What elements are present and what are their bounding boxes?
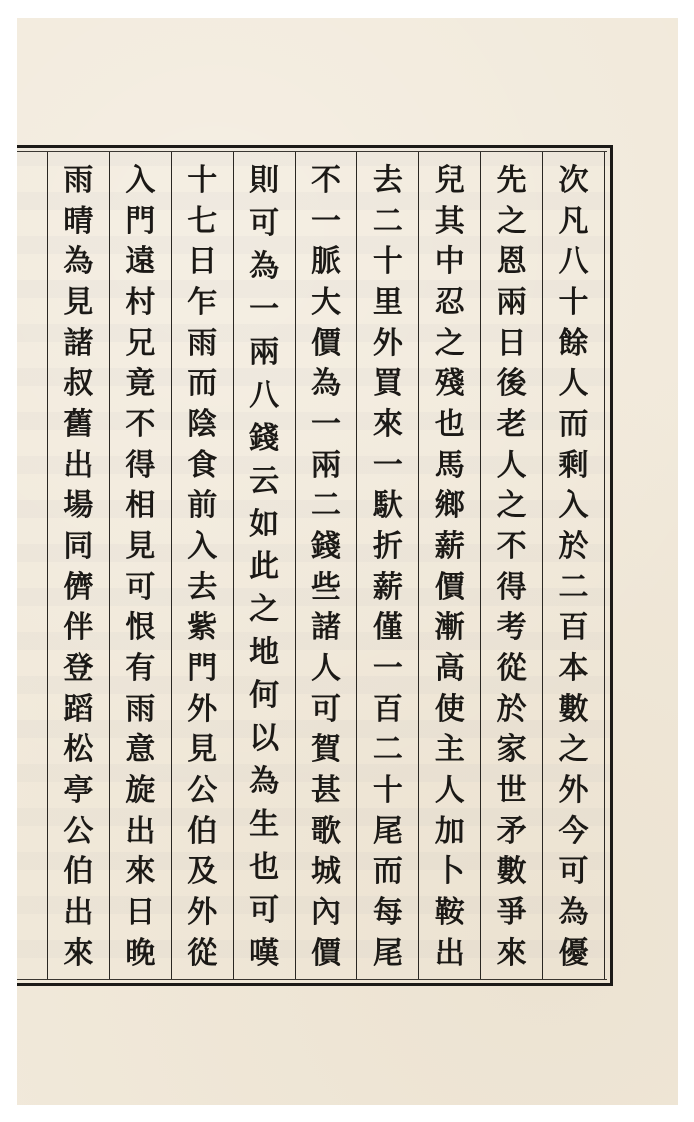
character: 優 xyxy=(559,937,589,971)
character: 雨 xyxy=(187,327,217,361)
character: 乍 xyxy=(187,286,217,320)
character: 百 xyxy=(373,693,403,727)
character: 入 xyxy=(125,164,155,198)
character: 來 xyxy=(373,408,403,442)
character: 場 xyxy=(63,489,93,523)
character: 二 xyxy=(311,489,341,523)
character: 不 xyxy=(497,530,527,564)
character: 食 xyxy=(187,449,217,483)
character: 入 xyxy=(559,489,589,523)
character: 如 xyxy=(249,508,279,542)
character: 可 xyxy=(125,571,155,605)
character: 日 xyxy=(497,327,527,361)
character: 人 xyxy=(497,449,527,483)
character: 可 xyxy=(249,894,279,928)
character: 相 xyxy=(125,489,155,523)
character: 之 xyxy=(559,733,589,767)
frame-inner-rule xyxy=(604,152,605,979)
character: 價 xyxy=(435,571,465,605)
character: 及 xyxy=(187,855,217,889)
character: 出 xyxy=(63,449,93,483)
character: 漸 xyxy=(435,611,465,645)
character: 餘 xyxy=(559,327,589,361)
character: 馱 xyxy=(373,489,403,523)
manuscript-page: 次凡八十餘人而剩入於二百本數之外今可為優 先之恩兩日後老人之不得考從於家世矛數爭… xyxy=(17,18,678,1105)
character: 錢 xyxy=(311,530,341,564)
character: 兩 xyxy=(497,286,527,320)
character: 其 xyxy=(435,205,465,239)
character: 有 xyxy=(125,652,155,686)
character: 矛 xyxy=(497,815,527,849)
character: 可 xyxy=(311,693,341,727)
character: 後 xyxy=(497,367,527,401)
character: 來 xyxy=(63,937,93,971)
character: 內 xyxy=(311,896,341,930)
character: 八 xyxy=(249,379,279,413)
character: 恩 xyxy=(497,245,527,279)
character: 歌 xyxy=(311,815,341,849)
character: 云 xyxy=(249,465,279,499)
character: 之 xyxy=(249,593,279,627)
column-2: 先之恩兩日後老人之不得考從於家世矛數爭來 xyxy=(480,152,542,979)
character: 來 xyxy=(125,855,155,889)
character: 忍 xyxy=(435,286,465,320)
character: 之 xyxy=(497,205,527,239)
character: 可 xyxy=(249,207,279,241)
character: 加 xyxy=(435,815,465,849)
character: 地 xyxy=(249,636,279,670)
character: 入 xyxy=(187,530,217,564)
character: 外 xyxy=(187,693,217,727)
character: 里 xyxy=(373,286,403,320)
column-5: 不一脈大價為一兩二錢些諸人可賀甚歌城內價 xyxy=(295,152,357,979)
character: 數 xyxy=(497,855,527,889)
character: 以 xyxy=(249,722,279,756)
character: 也 xyxy=(435,408,465,442)
character: 家 xyxy=(497,733,527,767)
character: 伴 xyxy=(63,611,93,645)
column-6: 則可為一兩八錢云如此之地何以為生也可嘆 xyxy=(233,152,295,979)
character: 一 xyxy=(373,449,403,483)
character: 日 xyxy=(187,245,217,279)
character: 嘆 xyxy=(249,937,279,971)
character: 今 xyxy=(559,815,589,849)
character: 松 xyxy=(63,733,93,767)
character: 買 xyxy=(373,367,403,401)
character: 主 xyxy=(435,733,465,767)
character: 門 xyxy=(125,205,155,239)
character: 十 xyxy=(187,164,217,198)
character: 八 xyxy=(559,245,589,279)
character: 每 xyxy=(373,896,403,930)
character: 於 xyxy=(559,530,589,564)
character: 老 xyxy=(497,408,527,442)
character: 同 xyxy=(63,530,93,564)
character: 外 xyxy=(187,896,217,930)
character: 馬 xyxy=(435,449,465,483)
character: 十 xyxy=(373,245,403,279)
character: 伯 xyxy=(187,815,217,849)
character: 諸 xyxy=(63,327,93,361)
character: 二 xyxy=(559,571,589,605)
character: 甚 xyxy=(311,774,341,808)
character: 諸 xyxy=(311,611,341,645)
character: 恨 xyxy=(125,611,155,645)
character: 竟 xyxy=(125,367,155,401)
character: 為 xyxy=(249,250,279,284)
character: 人 xyxy=(559,367,589,401)
character: 先 xyxy=(497,164,527,198)
character: 遠 xyxy=(125,245,155,279)
character: 意 xyxy=(125,733,155,767)
character: 七 xyxy=(187,205,217,239)
character: 脈 xyxy=(311,245,341,279)
character: 從 xyxy=(497,652,527,686)
character: 殘 xyxy=(435,367,465,401)
character: 錢 xyxy=(249,422,279,456)
character: 價 xyxy=(311,937,341,971)
character: 為 xyxy=(63,245,93,279)
character: 人 xyxy=(435,774,465,808)
character: 僅 xyxy=(373,611,403,645)
character: 鞍 xyxy=(435,896,465,930)
character: 本 xyxy=(559,652,589,686)
character: 使 xyxy=(435,693,465,727)
character: 中 xyxy=(435,245,465,279)
character: 價 xyxy=(311,327,341,361)
character: 之 xyxy=(435,327,465,361)
character: 城 xyxy=(311,855,341,889)
character: 出 xyxy=(435,937,465,971)
character: 去 xyxy=(373,164,403,198)
character: 剩 xyxy=(559,449,589,483)
character: 亭 xyxy=(63,774,93,808)
character: 雨 xyxy=(63,164,93,198)
character: 村 xyxy=(125,286,155,320)
character: 些 xyxy=(311,571,341,605)
character: 薪 xyxy=(435,530,465,564)
character: 折 xyxy=(373,530,403,564)
character: 不 xyxy=(311,164,341,198)
character: 於 xyxy=(497,693,527,727)
character: 人 xyxy=(311,652,341,686)
character: 可 xyxy=(559,855,589,889)
character: 一 xyxy=(311,408,341,442)
character: 兒 xyxy=(435,164,465,198)
character: 見 xyxy=(125,530,155,564)
character: 蹈 xyxy=(63,693,93,727)
character: 登 xyxy=(63,652,93,686)
character: 一 xyxy=(373,652,403,686)
character: 數 xyxy=(559,693,589,727)
character: 來 xyxy=(497,937,527,971)
character: 前 xyxy=(187,489,217,523)
character: 得 xyxy=(497,571,527,605)
character: 大 xyxy=(311,286,341,320)
character: 兩 xyxy=(249,336,279,370)
character: 何 xyxy=(249,679,279,713)
character: 見 xyxy=(187,733,217,767)
character: 舊 xyxy=(63,408,93,442)
column-4: 去二十里外買來一馱折薪僅一百二十尾而每尾 xyxy=(356,152,418,979)
column-9: 雨晴為見諸叔舊出場同儕伴登蹈松亭公伯出來 xyxy=(47,152,109,979)
column-1: 次凡八十餘人而剩入於二百本數之外今可為優 xyxy=(542,152,604,979)
character: 此 xyxy=(249,550,279,584)
text-frame: 次凡八十餘人而剩入於二百本數之外今可為優 先之恩兩日後老人之不得考從於家世矛數爭… xyxy=(17,145,613,986)
character: 考 xyxy=(497,611,527,645)
character: 伯 xyxy=(63,855,93,889)
character: 鄉 xyxy=(435,489,465,523)
character: 門 xyxy=(187,652,217,686)
character: 去 xyxy=(187,571,217,605)
text-columns: 次凡八十餘人而剩入於二百本數之外今可為優 先之恩兩日後老人之不得考從於家世矛數爭… xyxy=(47,152,604,979)
character: 之 xyxy=(497,489,527,523)
character: 外 xyxy=(559,774,589,808)
column-7: 十七日乍雨而陰食前入去紫門外見公伯及外從 xyxy=(171,152,233,979)
character: 而 xyxy=(187,367,217,401)
character: 薪 xyxy=(373,571,403,605)
character: 也 xyxy=(249,851,279,885)
character: 一 xyxy=(311,205,341,239)
column-3: 兒其中忍之殘也馬鄉薪價漸高使主人加卜鞍出 xyxy=(418,152,480,979)
character: 尾 xyxy=(373,815,403,849)
character: 高 xyxy=(435,652,465,686)
character: 世 xyxy=(497,774,527,808)
character: 出 xyxy=(63,896,93,930)
character: 為 xyxy=(559,896,589,930)
character: 百 xyxy=(559,611,589,645)
character: 十 xyxy=(373,774,403,808)
character: 卜 xyxy=(435,855,465,889)
character: 晴 xyxy=(63,205,93,239)
character: 凡 xyxy=(559,205,589,239)
character: 兄 xyxy=(125,327,155,361)
character: 公 xyxy=(63,815,93,849)
character: 一 xyxy=(249,293,279,327)
character: 次 xyxy=(559,164,589,198)
character: 二 xyxy=(373,205,403,239)
character: 二 xyxy=(373,733,403,767)
character: 為 xyxy=(311,367,341,401)
character: 公 xyxy=(187,774,217,808)
character: 紫 xyxy=(187,611,217,645)
character: 十 xyxy=(559,286,589,320)
character: 為 xyxy=(249,765,279,799)
column-8: 入門遠村兄竟不得相見可恨有雨意旋出來日晚 xyxy=(109,152,171,979)
character: 雨 xyxy=(125,693,155,727)
character: 日 xyxy=(125,896,155,930)
character: 儕 xyxy=(63,571,93,605)
character: 出 xyxy=(125,815,155,849)
character: 而 xyxy=(373,855,403,889)
character: 爭 xyxy=(497,896,527,930)
character: 旋 xyxy=(125,774,155,808)
character: 則 xyxy=(249,164,279,198)
character: 陰 xyxy=(187,408,217,442)
character: 見 xyxy=(63,286,93,320)
character: 尾 xyxy=(373,937,403,971)
character: 從 xyxy=(187,937,217,971)
character: 外 xyxy=(373,327,403,361)
character: 生 xyxy=(249,808,279,842)
character: 而 xyxy=(559,408,589,442)
character: 賀 xyxy=(311,733,341,767)
character: 兩 xyxy=(311,449,341,483)
character: 叔 xyxy=(63,367,93,401)
character: 不 xyxy=(125,408,155,442)
character: 晚 xyxy=(125,937,155,971)
character: 得 xyxy=(125,449,155,483)
